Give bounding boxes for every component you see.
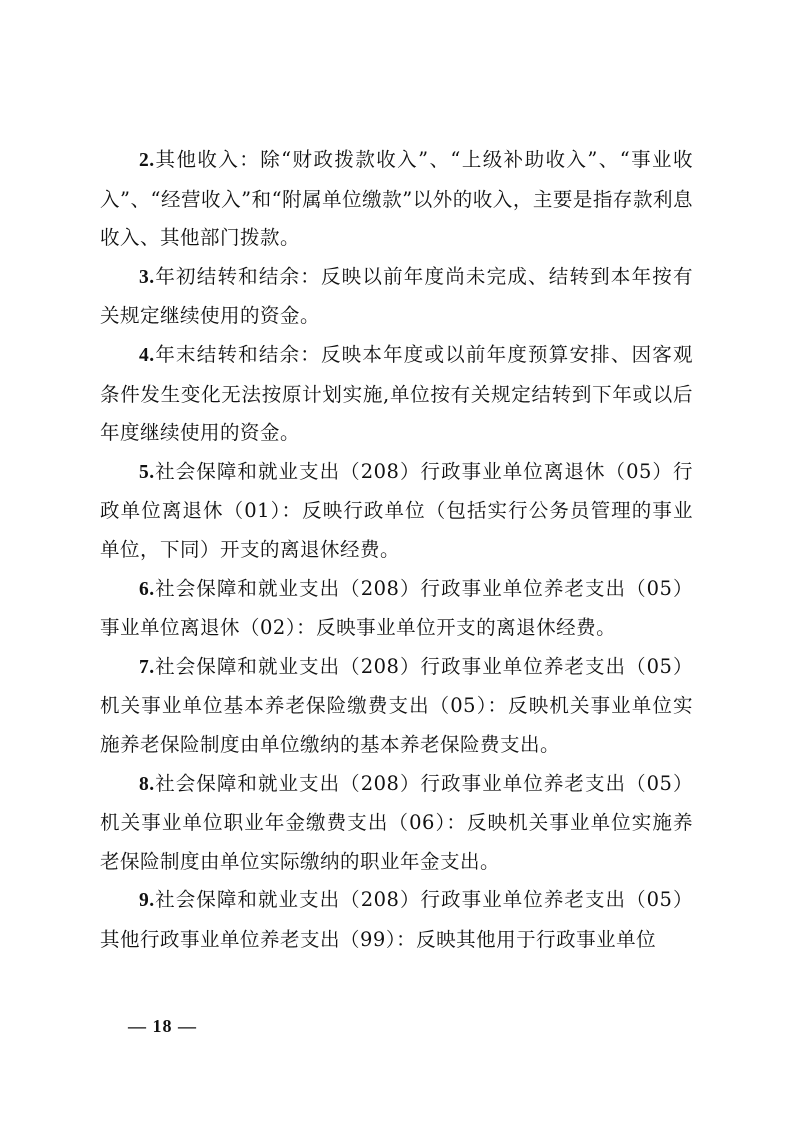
paragraph-text: 其他收入：除“财政拨款收入”、“上级补助收入”、“事业收入”、“经营收入”和“附… <box>100 148 693 249</box>
document-page: 2.其他收入：除“财政拨款收入”、“上级补助收入”、“事业收入”、“经营收入”和… <box>0 0 793 1122</box>
paragraph-text: 社会保障和就业支出（208）行政事业单位离退休（05）行政单位离退休（01）：反… <box>100 460 693 561</box>
paragraph-text: 年初结转和结余：反映以前年度尚未完成、结转到本年按有关规定继续使用的资金。 <box>100 265 693 328</box>
paragraph-text: 社会保障和就业支出（208）行政事业单位养老支出（05）事业单位离退休（02）：… <box>100 577 693 640</box>
page-number: — 18 — <box>128 1016 197 1037</box>
paragraph-basic-pension: 7.社会保障和就业支出（208）行政事业单位养老支出（05）机关事业单位基本养老… <box>100 648 693 765</box>
paragraph-text: 社会保障和就业支出（208）行政事业单位养老支出（05）机关事业单位基本养老保险… <box>100 655 693 756</box>
paragraph-text: 年末结转和结余：反映本年度或以前年度预算安排、因客观条件发生变化无法按原计划实施… <box>100 343 693 444</box>
item-number: 3. <box>139 267 155 288</box>
paragraph-ending-carryover: 4.年末结转和结余：反映本年度或以前年度预算安排、因客观条件发生变化无法按原计划… <box>100 336 693 453</box>
item-number: 2. <box>139 150 155 171</box>
paragraph-text: 社会保障和就业支出（208）行政事业单位养老支出（05）机关事业单位职业年金缴费… <box>100 772 693 873</box>
document-body: 2.其他收入：除“财政拨款收入”、“上级补助收入”、“事业收入”、“经营收入”和… <box>100 141 693 959</box>
item-number: 5. <box>139 462 155 483</box>
paragraph-beginning-carryover: 3.年初结转和结余：反映以前年度尚未完成、结转到本年按有关规定继续使用的资金。 <box>100 258 693 336</box>
paragraph-institution-retirement: 6.社会保障和就业支出（208）行政事业单位养老支出（05）事业单位离退休（02… <box>100 570 693 648</box>
paragraph-text: 社会保障和就业支出（208）行政事业单位养老支出（05）其他行政事业单位养老支出… <box>100 888 693 951</box>
paragraph-occupational-annuity: 8.社会保障和就业支出（208）行政事业单位养老支出（05）机关事业单位职业年金… <box>100 765 693 882</box>
item-number: 8. <box>139 774 155 795</box>
paragraph-other-pension: 9.社会保障和就业支出（208）行政事业单位养老支出（05）其他行政事业单位养老… <box>100 881 693 959</box>
item-number: 6. <box>139 579 155 600</box>
item-number: 4. <box>139 345 155 366</box>
item-number: 7. <box>139 657 155 678</box>
item-number: 9. <box>139 890 155 911</box>
paragraph-admin-retirement: 5.社会保障和就业支出（208）行政事业单位离退休（05）行政单位离退休（01）… <box>100 453 693 570</box>
paragraph-other-income: 2.其他收入：除“财政拨款收入”、“上级补助收入”、“事业收入”、“经营收入”和… <box>100 141 693 258</box>
